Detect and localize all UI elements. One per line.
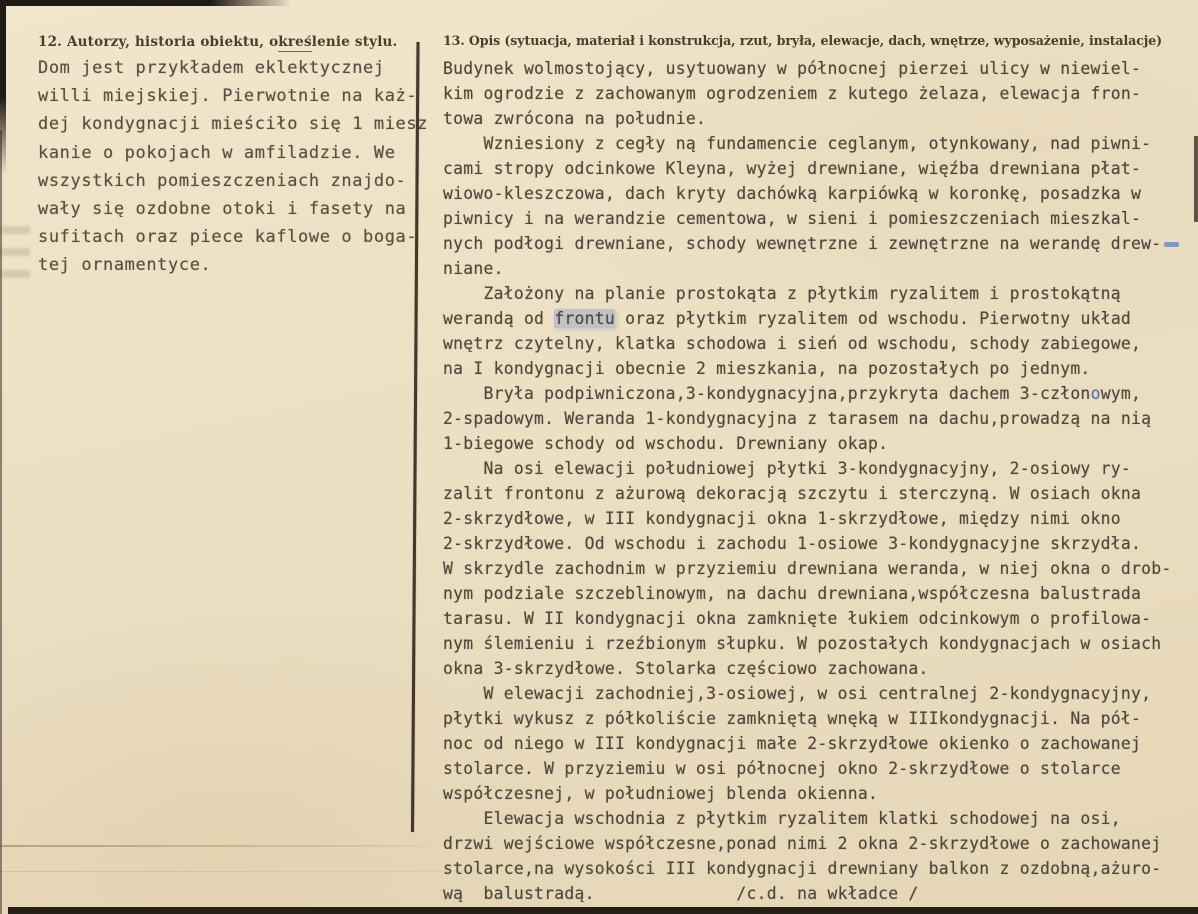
text-segment: oraz płytkim ryzalitem od wschodu. Pierw…	[615, 309, 1131, 328]
typed-line: tarasu. W II kondygnacji okna zamknięte …	[443, 606, 1195, 631]
bleed-through-artifact	[0, 226, 30, 292]
typed-line: W elewacji zachodniej,3-osiowej, w osi c…	[443, 681, 1195, 706]
typed-line: Dom jest przykładem eklektycznej	[38, 54, 418, 82]
section-13-label: 13. Opis (sytuacja, materiał i konstrukc…	[443, 33, 1195, 49]
typed-line: 2-skrzydłowe, w III kondygnacji okna 1-s…	[443, 506, 1195, 531]
section-12-label: 12. Autorzy, historia obiektu, określeni…	[38, 33, 418, 51]
typed-line: kim ogrodzie z zachowanym ogrodzeniem z …	[443, 81, 1195, 106]
typed-line: W skrzydle zachodnim w przyziemiu drewni…	[443, 556, 1195, 581]
typed-line: nym ślemieniu i rzeźbionym słupku. W poz…	[443, 631, 1195, 656]
fold-crease	[0, 845, 445, 847]
typed-line: wiowo-kleszczowa, dach kryty dachówką ka…	[443, 181, 1195, 206]
typed-line: nych podłogi drewniane, schody wewnętrzn…	[443, 231, 1195, 256]
text-segment: 12. Autorzy, historia obiektu, o	[38, 34, 278, 50]
typed-line: dej kondygnacji mieściło się 1 miesz	[38, 110, 418, 138]
typed-line: wnętrz czytelny, klatka schodowa i sień …	[443, 331, 1195, 356]
typed-line: Budynek wolmostojący, usytuowany w półno…	[443, 56, 1195, 81]
typed-line: 1-biegowe schody od wschodu. Drewniany o…	[443, 431, 1195, 456]
blue-wash-mark: frontu	[554, 309, 615, 328]
text-segment: werandą od	[443, 309, 554, 328]
section-12-authors-history-style: 12. Autorzy, historia obiektu, określeni…	[38, 33, 418, 280]
typed-line: okna 3-skrzydłowe. Stolarka częściowo za…	[443, 656, 1195, 681]
section-13-typed-text: Budynek wolmostojący, usytuowany w półno…	[443, 56, 1195, 906]
typed-line: sufitach oraz piece kaflowe o boga-	[38, 223, 418, 251]
typed-line: drzwi wejściowe współczesne,ponad nimi 2…	[443, 831, 1195, 856]
typed-line: Elewacja wschodnia z płytkim ryzalitem k…	[443, 806, 1195, 831]
typed-line: Bryła podpiwniczona,3-kondygnacyjna,przy…	[443, 381, 1195, 406]
typed-line: 2-spadowym. Weranda 1-kondygnacyjna z ta…	[443, 406, 1195, 431]
typed-line: Na osi elewacji południowej płytki 3-kon…	[443, 456, 1195, 481]
typed-line: willi miejskiej. Pierwotnie na każ-	[38, 82, 418, 110]
typed-line: płytki wykusz z półkoliście zamkniętą wn…	[443, 706, 1195, 731]
typed-line: stolarce. W przyziemiu w osi północnej o…	[443, 756, 1195, 781]
text-segment: Bryła podpiwniczona,3-kondygnacyjna,przy…	[443, 384, 1091, 403]
blue-dash-mark	[1164, 242, 1179, 247]
typed-line: 2-skrzydłowe. Od wschodu i zachodu 1-osi…	[443, 531, 1195, 556]
typed-line: tej ornamentyce.	[38, 251, 418, 279]
typed-line: współczesnej, w południowej blenda okien…	[443, 781, 1195, 806]
typed-line: Wzniesiony z cegły ną fundamencie ceglan…	[443, 131, 1195, 156]
text-segment: lenie stylu.	[312, 34, 398, 50]
u-mark-mark: kreś	[278, 34, 311, 52]
section-12-typed-text: Dom jest przykładem eklektycznejwilli mi…	[38, 54, 418, 280]
typed-line: Założony na planie prostokąta z płytkim …	[443, 281, 1195, 306]
text-segment: nych podłogi drewniane, schody wewnętrzn…	[443, 234, 1161, 253]
typed-line: zalit frontonu z ażurową dekoracją szczy…	[443, 481, 1195, 506]
typed-line: piwnicy i na werandzie cementowa, w sien…	[443, 206, 1195, 231]
typed-line: werandą od frontu oraz płytkim ryzalitem…	[443, 306, 1195, 331]
typed-line: wszystkich pomieszczeniach znajdo-	[38, 167, 418, 195]
typed-line: wą balustradą. /c.d. na wkładce /	[443, 881, 1195, 906]
document-page: 12. Autorzy, historia obiektu, określeni…	[0, 0, 1198, 914]
section-13-description: 13. Opis (sytuacja, materiał i konstrukc…	[443, 33, 1195, 906]
text-segment: wym,	[1101, 384, 1141, 403]
typed-line: cami stropy odcinkowe Kleyna, wyżej drew…	[443, 156, 1195, 181]
scan-edge-bottom	[8, 907, 1198, 914]
typed-line: niane.	[443, 256, 1195, 281]
typed-line: wały się ozdobne otoki i fasety na	[38, 195, 418, 223]
typed-line: 12. Autorzy, historia obiektu, określeni…	[38, 33, 418, 51]
typed-line: nym podziale szczeblinowym, na dachu dre…	[443, 581, 1195, 606]
typed-line: towa zwrócona na południe.	[443, 106, 1195, 131]
typed-line: stolarce,na wysokości III kondygnacji dr…	[443, 856, 1195, 881]
scan-edge-top	[0, 0, 292, 6]
blue-ink-mark: o	[1091, 384, 1101, 403]
typed-line: noc od niego w III kondygnacji małe 2-sk…	[443, 731, 1195, 756]
typed-line: na I kondygnacji obecnie 2 mieszkania, n…	[443, 356, 1195, 381]
typed-line: kanie o pokojach w amfiladzie. We	[38, 139, 418, 167]
